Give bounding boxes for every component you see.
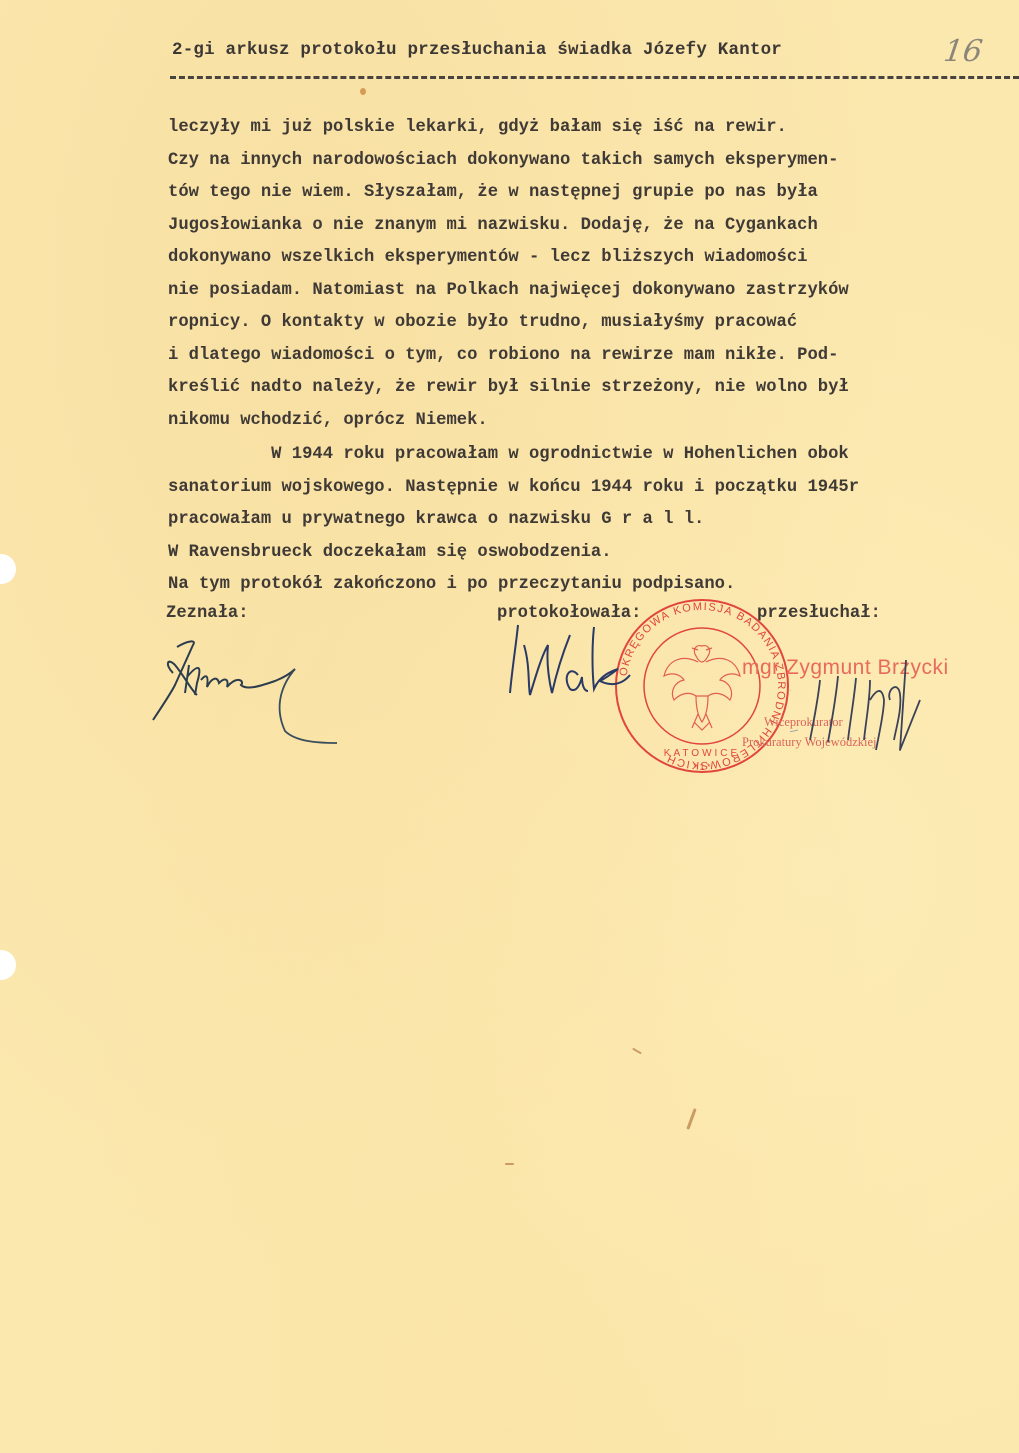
- interrogator-signature: [790, 650, 940, 770]
- body-line: leczyły mi już polskie lekarki, gdyż bał…: [168, 112, 1019, 145]
- witness-label: Zeznała:: [166, 604, 249, 623]
- page-number: 16: [942, 34, 985, 69]
- body-line: nie posiadam. Natomiast na Polkach najwi…: [168, 275, 1019, 308]
- body-line: nikomu wchodzić, oprócz Niemek.: [168, 405, 1019, 438]
- body-line: Czy na innych narodowościach dokonywano …: [168, 145, 1019, 178]
- recorder-signature: [500, 615, 660, 715]
- document-title: 2-gi arkusz protokołu przesłuchania świa…: [172, 40, 782, 60]
- ink-spot: [360, 88, 366, 95]
- body-line: Na tym protokół zakończono i po przeczyt…: [168, 569, 1019, 602]
- body-line: i dlatego wiadomości o tym, co robiono n…: [168, 340, 1019, 373]
- body-line: kreślić nadto należy, że rewir był silni…: [168, 372, 1019, 405]
- testimony-body: leczyły mi już polskie lekarki, gdyż bał…: [168, 112, 1019, 602]
- body-line: tów tego nie wiem. Słyszałam, że w nastę…: [168, 177, 1019, 210]
- svg-text:KATOWICE: KATOWICE: [664, 748, 740, 759]
- witness-signature: [145, 635, 345, 750]
- body-line: W 1944 roku pracowałam w ogrodnictwie w …: [168, 439, 1019, 472]
- body-line: dokonywano wszelkich eksperymentów - lec…: [168, 242, 1019, 275]
- svg-text:* 1 *: * 1 *: [693, 762, 711, 772]
- body-line: ropnicy. O kontakty w obozie było trudno…: [168, 307, 1019, 340]
- paper-fleck: [505, 1163, 514, 1165]
- body-line: pracowałam u prywatnego krawca o nazwisk…: [168, 504, 1019, 537]
- header-divider: [170, 76, 1019, 79]
- body-line: sanatorium wojskowego. Następnie w końcu…: [168, 472, 1019, 505]
- body-line: W Ravensbrueck doczekałam się oswobodzen…: [168, 537, 1019, 570]
- body-line: Jugosłowianka o nie znanym mi nazwisku. …: [168, 210, 1019, 243]
